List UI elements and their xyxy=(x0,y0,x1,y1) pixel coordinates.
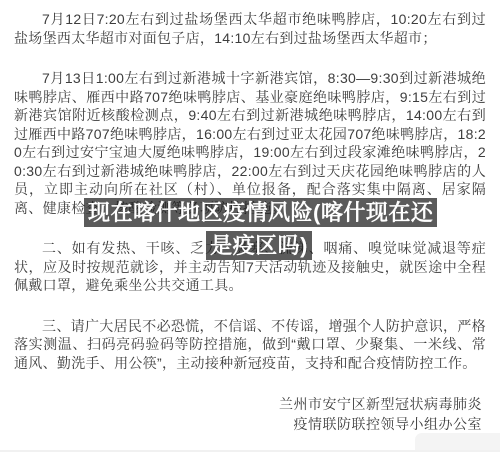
notice-document-page: 7月12日7:20左右到过盐场堡西太华超市绝味鸭脖店，10:20左右到过盐场堡西… xyxy=(0,0,500,452)
overlay-title-text: 现在喀什地区疫情风险(喀什现在还是疫区吗) xyxy=(84,198,437,260)
paragraph-itinerary-july13: 7月13日1:00左右到过新港城十字新港宾馆，8:30—9:30到过新港城绝味鸭… xyxy=(14,69,486,217)
signature-line-1: 兰州市安宁区新型冠状病毒肺炎 xyxy=(14,394,482,414)
overlay-title-caption: 现在喀什地区疫情风险(喀什现在还是疫区吗) xyxy=(84,196,434,262)
paragraph-itinerary-july12: 7月12日7:20左右到过盐场堡西太华超市绝味鸭脖店，10:20左右到过盐场堡西… xyxy=(14,10,486,47)
watermark-smudge xyxy=(415,433,500,452)
paragraph-item-3-public-advice: 三、请广大居民不必恐慌，不信谣、不传谣，增强个人防护意识，严格落实测温、扫码亮码… xyxy=(14,317,486,373)
signature-line-2: 疫情联防联控领导小组办公室 xyxy=(14,414,482,434)
signature-block: 兰州市安宁区新型冠状病毒肺炎 疫情联防联控领导小组办公室 xyxy=(14,394,486,434)
